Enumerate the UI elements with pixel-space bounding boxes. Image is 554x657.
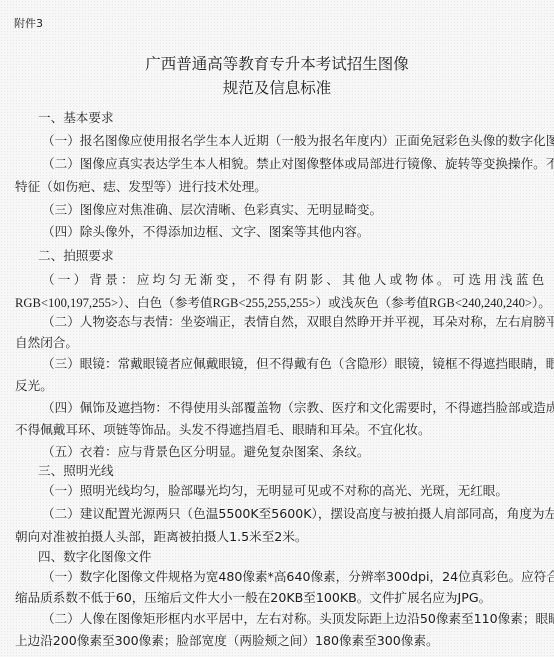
- paragraph-line: 缩品质系数不低于60，压缩后文件大小一般在20KB至100KB。文件扩展名应为J…: [15, 590, 491, 606]
- paragraph-line: 上边沿200像素至300像素；脸部宽度（两脸颊之间）180像素至300像素。: [15, 633, 439, 649]
- document-title-line-1: 广西普通高等教育专升本考试招生图像: [0, 56, 554, 72]
- section-heading-lighting: 三、照明光线: [38, 463, 114, 479]
- paragraph-line: （五）衣着：应与背景色区分明显。避免复杂图案、条纹。: [42, 444, 369, 460]
- paragraph-line: （一）报名图像应使用报名学生本人近期（一般为报名年度内）正面免冠彩色头像的数字化…: [42, 133, 554, 149]
- paragraph-line: （二）建议配置光源两只（色温5500K至5600K），摆设高度与被拍摄人肩部同高…: [42, 506, 540, 522]
- paragraph-line: （二）人像在图像矩形框内水平居中，左右对称。头顶发际距上边沿50像素至110像素…: [42, 611, 540, 627]
- paragraph-line: （一）背景：应均匀无渐变，不得有阴影、其他人或物体。可选用浅蓝色（参考值: [42, 272, 540, 288]
- section-heading-digital-image-file: 四、数字化图像文件: [38, 549, 151, 565]
- paragraph-line: （三）眼镜：常戴眼镜者应佩戴眼镜，但不得戴有色（含隐形）眼镜，镜框不得遮挡眼睛，…: [42, 356, 540, 372]
- paragraph-line: 反光。: [15, 378, 53, 394]
- attachment-label: 附件3: [14, 16, 43, 32]
- section-heading-basic-requirements: 一、基本要求: [38, 110, 114, 126]
- document-page: 附件3 广西普通高等教育专升本考试招生图像 规范及信息标准 一、基本要求 （一）…: [0, 0, 554, 657]
- paragraph-line: RGB<100,197,255>）、白色（参考值RGB<255,255,255>…: [15, 295, 551, 311]
- paragraph-line: 自然闭合。: [15, 335, 78, 351]
- paragraph-line: 朝向对准被拍摄人头部，距离被拍摄人1.5米至2米。: [15, 529, 308, 545]
- paragraph-line: 特征（如伤疤、痣、发型等）进行技术处理。: [15, 179, 267, 195]
- paragraph-line: （四）佩饰及遮挡物：不得使用头部覆盖物（宗教、医疗和文化需要时，不得遮挡脸部或造…: [42, 400, 554, 416]
- paragraph-line: （一）照明光线均匀，脸部曝光均匀，无明显可见或不对称的高光、光斑，无红眼。: [42, 483, 508, 499]
- document-title-line-2: 规范及信息标准: [0, 80, 554, 96]
- paragraph-line: （一）数字化图像文件规格为宽480像素*高640像素，分辨率300dpi，24位…: [42, 569, 540, 585]
- section-heading-photo-requirements: 二、拍照要求: [38, 248, 114, 264]
- paragraph-line: （二）图像应真实表达学生本人相貌。禁止对图像整体或局部进行镜像、旋转等变换操作。…: [42, 156, 540, 172]
- paragraph-line: 不得佩戴耳环、项链等饰品。头发不得遮挡眉毛、眼睛和耳朵。不宜化妆。: [15, 422, 431, 438]
- paragraph-line: （二）人物姿态与表情：坐姿端正，表情自然，双眼自然睁开并平视，耳朵对称，左右肩膀…: [42, 314, 540, 330]
- paragraph-line: （三）图像应对焦准确、层次清晰、色彩真实、无明显畸变。: [42, 202, 382, 218]
- paragraph-line: （四）除头像外，不得添加边框、文字、图案等其他内容。: [42, 224, 369, 240]
